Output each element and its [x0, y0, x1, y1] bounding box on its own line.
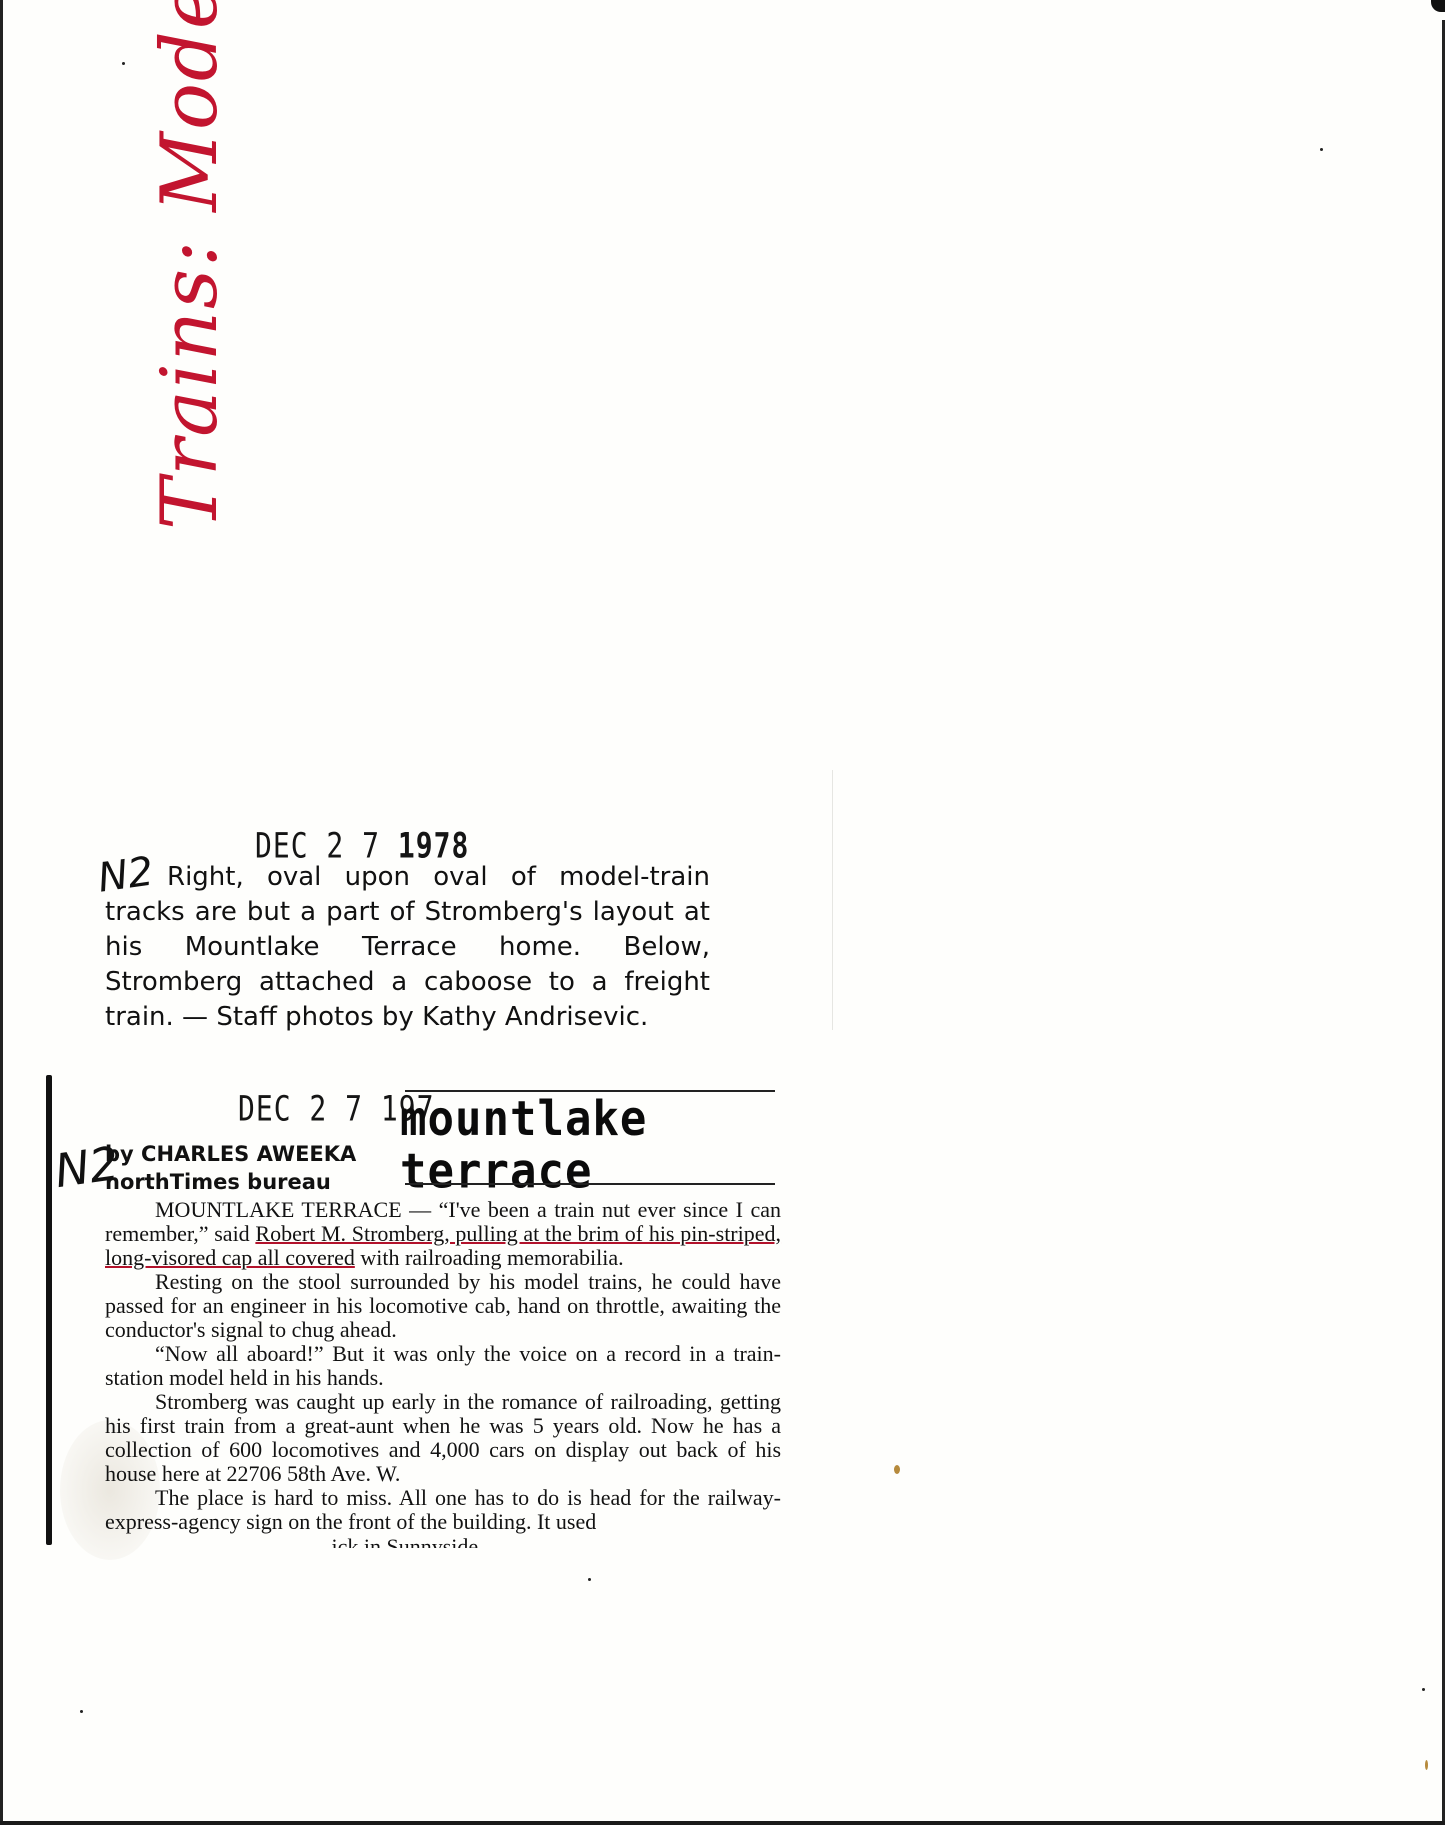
- article-body: MOUNTLAKE TERRACE — “I've been a train n…: [105, 1198, 781, 1548]
- byline-bureau: northTimes bureau: [105, 1168, 356, 1196]
- article-paragraph: “Now all aboard!” But it was only the vo…: [105, 1342, 781, 1390]
- ink-speck: [1320, 148, 1323, 151]
- corner-mark: [1431, 0, 1445, 12]
- headline-line-1: mountlake: [400, 1093, 647, 1146]
- cut-off-line: ...ick in Sunnyside.: [105, 1534, 781, 1548]
- article-paragraph: MOUNTLAKE TERRACE — “I've been a train n…: [105, 1198, 781, 1270]
- archive-sheet: Trains: Model DEC 2 7 1978 N2 Right, ova…: [0, 0, 1445, 1825]
- sheet-left-edge: [0, 0, 3, 1825]
- byline-block: by CHARLES AWEEKA northTimes bureau: [105, 1140, 356, 1196]
- paragraph-text: with railroading memorabilia.: [355, 1245, 624, 1270]
- ink-speck: [122, 62, 125, 65]
- stain-speck: [894, 1465, 900, 1474]
- sheet-bottom-edge: [0, 1821, 1445, 1825]
- byline-author: by CHARLES AWEEKA: [105, 1140, 356, 1168]
- headline-rule-bottom: [405, 1183, 775, 1185]
- caption-text: Right, oval upon oval of model-train tra…: [105, 860, 710, 1035]
- article-paragraph: Resting on the stool surrounded by his m…: [105, 1270, 781, 1342]
- ink-speck: [80, 1710, 83, 1713]
- headline-line-2: terrace: [400, 1146, 647, 1199]
- stamp-month-day: DEC 2 7: [238, 1088, 363, 1129]
- stain-speck: [1425, 1760, 1428, 1770]
- article-paragraph: Stromberg was caught up early in the rom…: [105, 1390, 781, 1486]
- ink-speck: [1422, 1688, 1425, 1691]
- clipping-edge: [832, 770, 833, 1030]
- ink-speck: [588, 1578, 591, 1581]
- photo-caption: Right, oval upon oval of model-train tra…: [105, 860, 710, 1035]
- handwritten-subject-label: Trains: Model: [145, 110, 265, 530]
- article-paragraph: The place is hard to miss. All one has t…: [105, 1486, 781, 1534]
